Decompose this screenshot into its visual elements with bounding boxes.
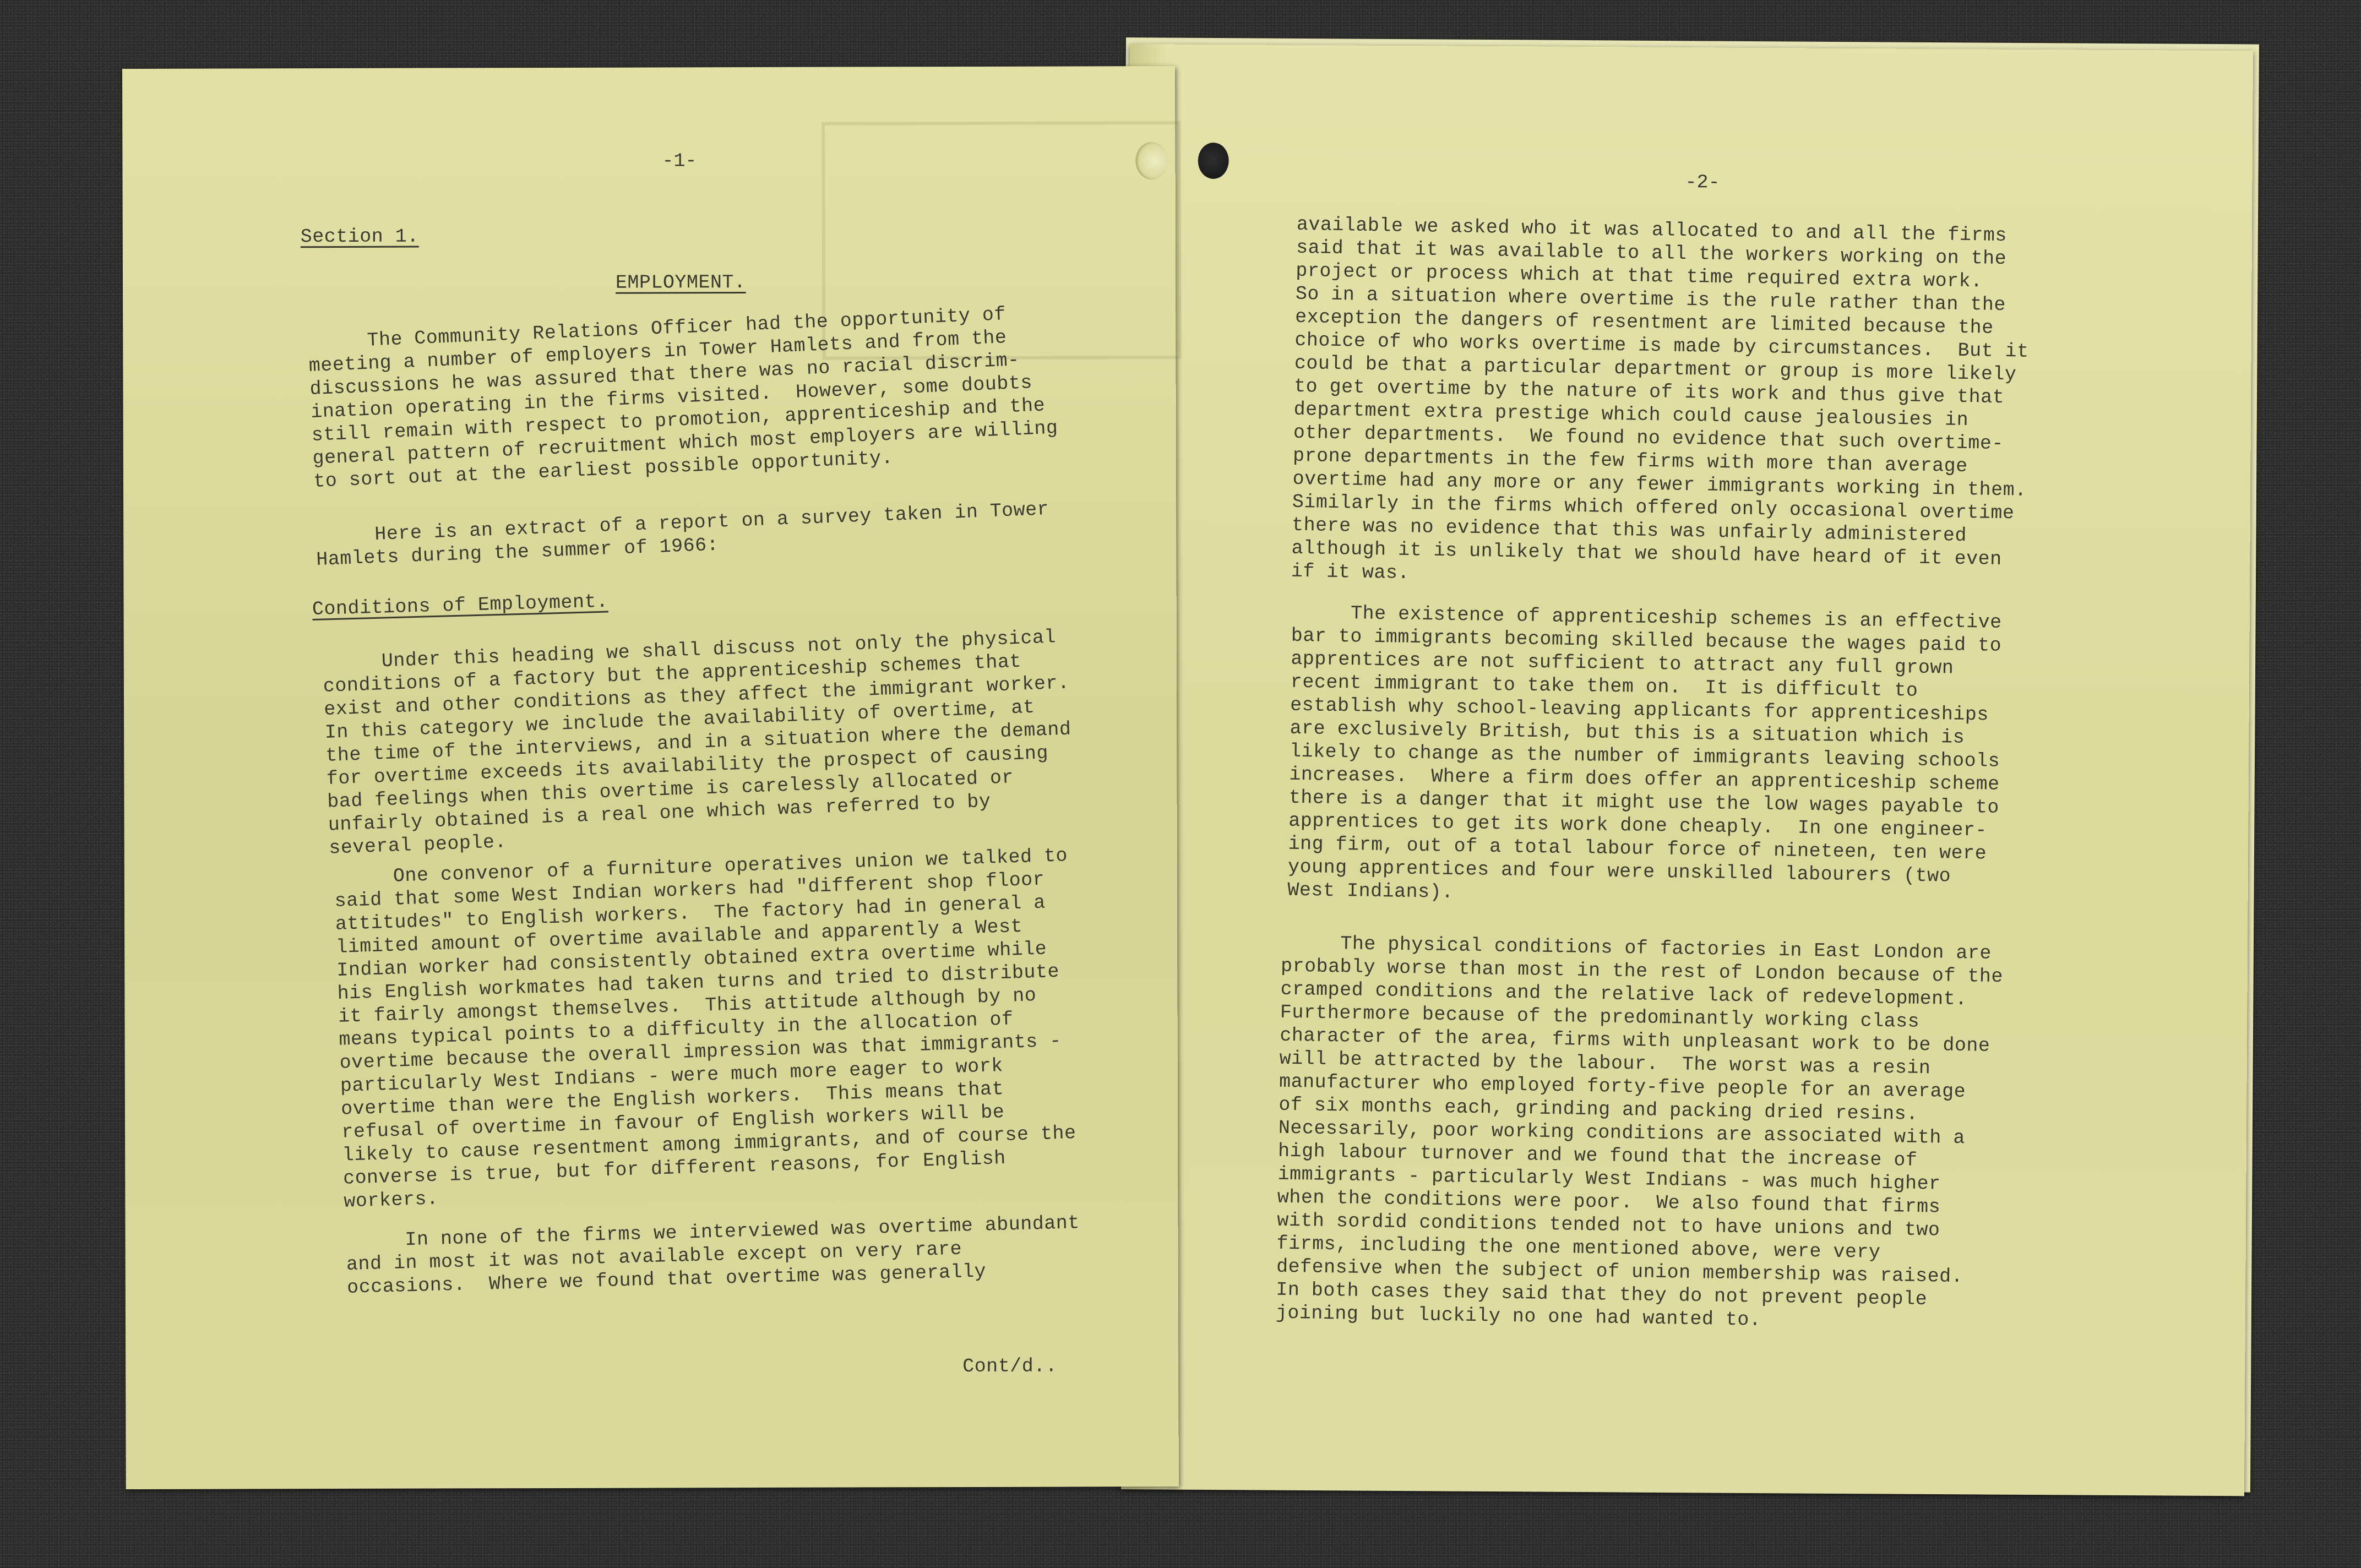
paragraph: In none of the firms we interviewed was … [346, 1211, 1081, 1299]
paragraph: available we asked who it was allocated … [1291, 213, 2031, 595]
paragraph: Here is an extract of a report on a surv… [315, 498, 1050, 571]
paragraph: The Community Relations Officer had the … [307, 301, 1059, 493]
punch-hole [1198, 143, 1229, 179]
subheading: Conditions of Employment. [312, 590, 609, 622]
page-2: -2- available we asked who it was alloca… [1121, 44, 2253, 1496]
continuation-note: Cont/d.. [962, 1355, 1057, 1378]
paragraph: The physical conditions of factories in … [1276, 932, 2004, 1335]
punch-hole [1135, 142, 1167, 179]
paragraph: The existence of apprenticeship schemes … [1287, 601, 2002, 912]
section-title: EMPLOYMENT. [616, 271, 746, 295]
paragraph: Under this heading we shall discuss not … [322, 625, 1075, 860]
page-1: -1- Section 1. EMPLOYMENT. The Community… [122, 66, 1179, 1489]
page-number: -2- [1685, 171, 1720, 193]
page-number: -1- [662, 150, 697, 172]
paragraph: One convenor of a furniture operatives u… [334, 844, 1078, 1213]
section-label: Section 1. [301, 225, 419, 249]
